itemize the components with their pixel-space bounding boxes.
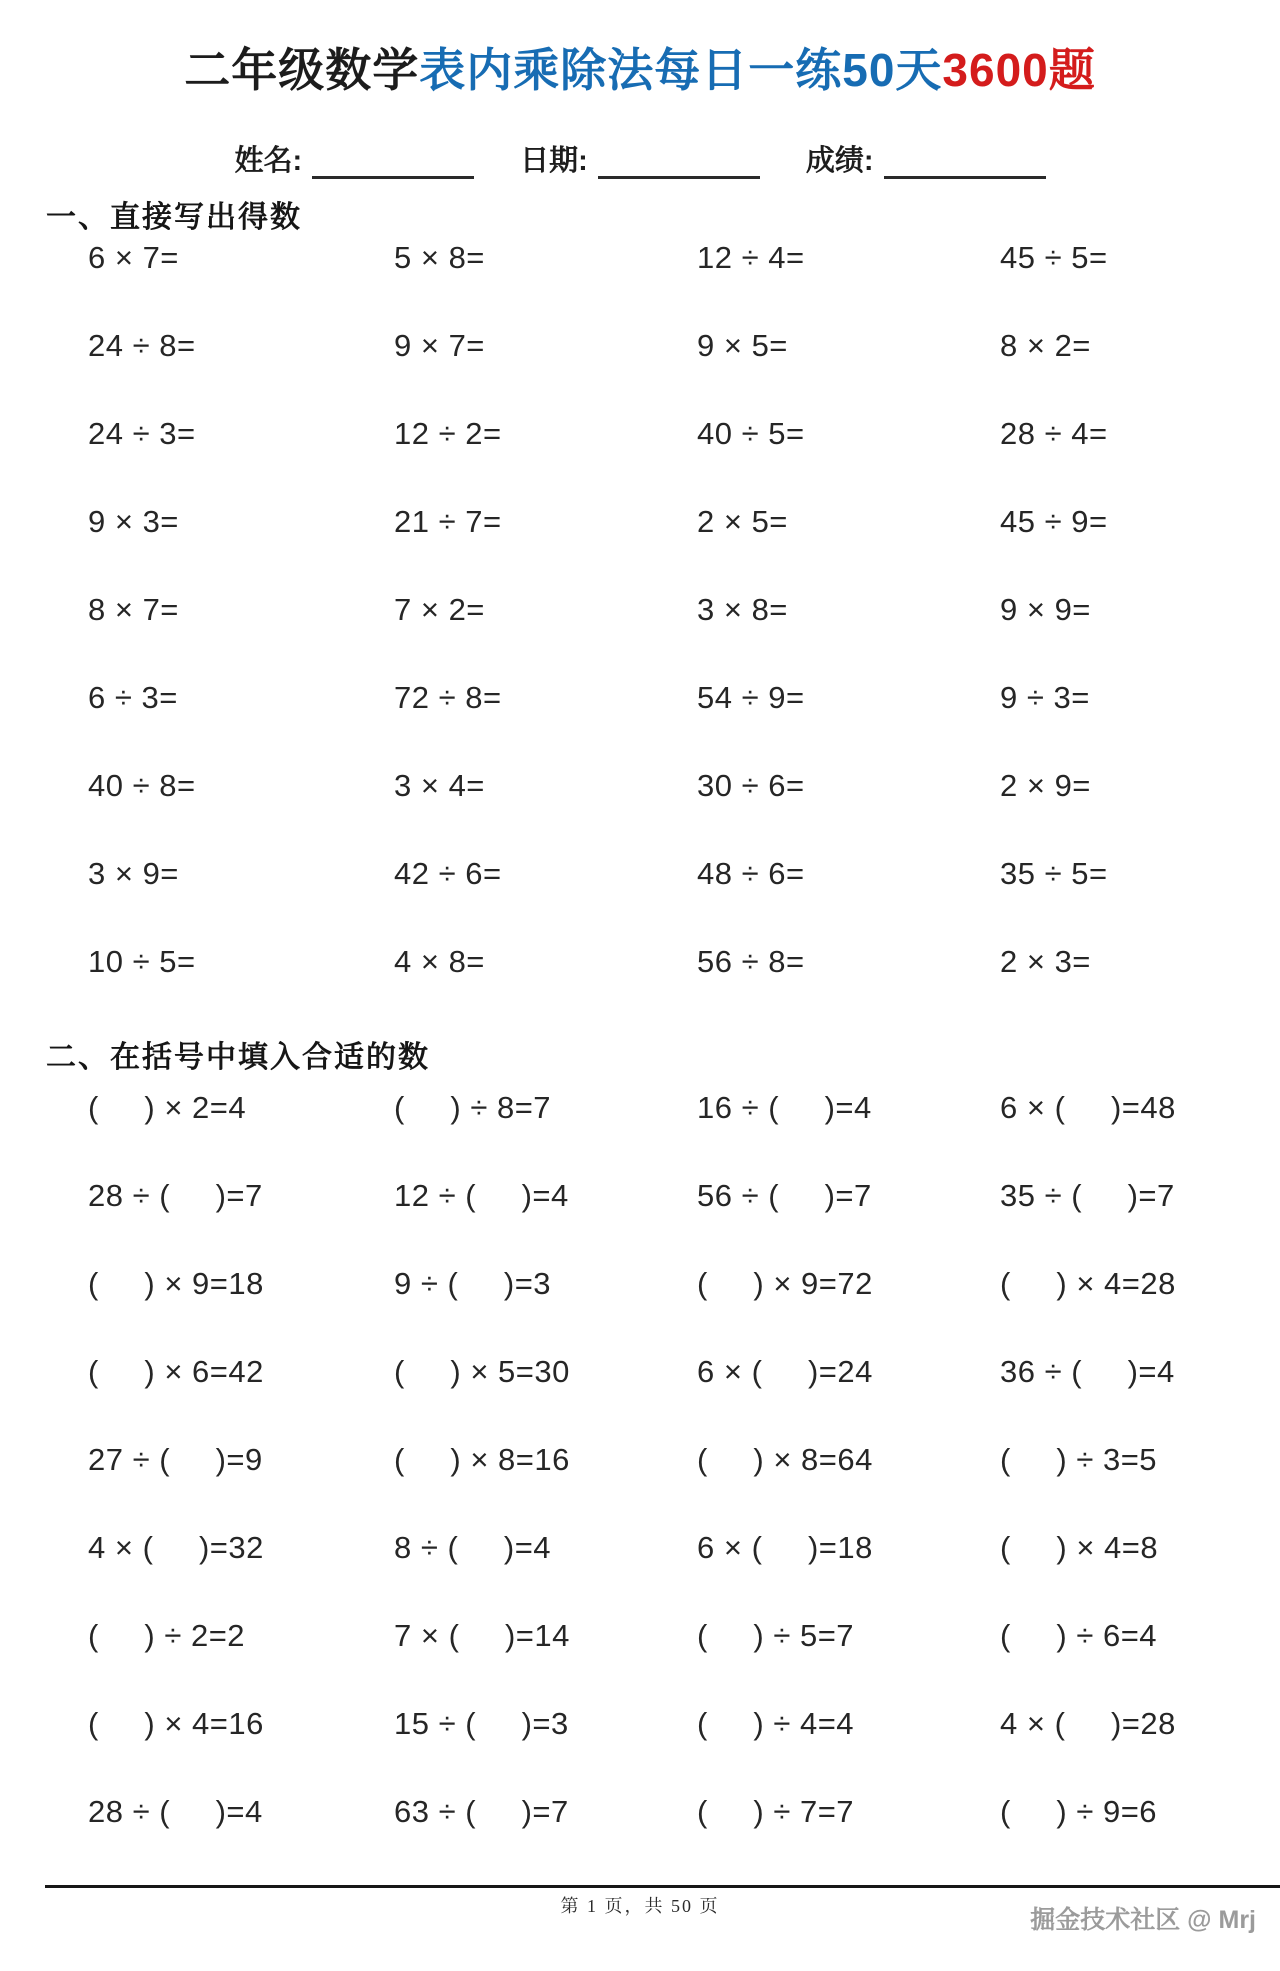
problem-cell: 54 ÷ 9= — [697, 680, 1000, 716]
title-topic-part: 表内乘除法每日一练50天 — [419, 44, 942, 96]
problem-cell: 12 ÷ 2= — [394, 416, 697, 452]
problem-cell: 27 ÷ ( )=9 — [88, 1442, 394, 1478]
problem-cell: 8 ÷ ( )=4 — [394, 1530, 697, 1566]
score-blank — [884, 142, 1046, 179]
problem-cell: 16 ÷ ( )=4 — [697, 1090, 1000, 1126]
watermark: 掘金技术社区 @ Mrj — [1030, 1900, 1256, 1936]
problem-cell: ( ) × 8=64 — [697, 1442, 1000, 1478]
problem-cell: ( ) × 8=16 — [394, 1442, 697, 1478]
problem-cell: 8 × 2= — [1000, 328, 1266, 364]
problem-cell: 2 × 9= — [1000, 768, 1266, 804]
problem-cell: 6 × 7= — [88, 240, 394, 276]
problem-cell: 45 ÷ 5= — [1000, 240, 1266, 276]
problem-cell: ( ) × 2=4 — [88, 1090, 394, 1126]
score-label: 成绩: — [806, 138, 874, 179]
name-blank — [312, 142, 474, 179]
problem-cell: 36 ÷ ( )=4 — [1000, 1354, 1266, 1390]
problem-cell: 6 × ( )=24 — [697, 1354, 1000, 1390]
problem-cell: 4 × ( )=32 — [88, 1530, 394, 1566]
problem-cell: 21 ÷ 7= — [394, 504, 697, 540]
problem-cell: 10 ÷ 5= — [88, 944, 394, 980]
problem-cell: 3 × 4= — [394, 768, 697, 804]
problem-cell: 45 ÷ 9= — [1000, 504, 1266, 540]
problem-cell: 9 × 3= — [88, 504, 394, 540]
problem-cell: 30 ÷ 6= — [697, 768, 1000, 804]
problem-cell: 56 ÷ ( )=7 — [697, 1178, 1000, 1214]
problem-cell: 40 ÷ 8= — [88, 768, 394, 804]
problem-cell: ( ) ÷ 6=4 — [1000, 1618, 1266, 1654]
problem-cell: 56 ÷ 8= — [697, 944, 1000, 980]
problem-cell: 15 ÷ ( )=3 — [394, 1706, 697, 1742]
problem-cell: 9 × 7= — [394, 328, 697, 364]
problem-cell: ( ) × 4=8 — [1000, 1530, 1266, 1566]
problem-cell: ( ) ÷ 9=6 — [1000, 1794, 1266, 1830]
date-blank — [598, 142, 760, 179]
problem-cell: ( ) × 5=30 — [394, 1354, 697, 1390]
footer-divider — [45, 1885, 1280, 1888]
title-count-part: 3600题 — [942, 44, 1095, 96]
name-label: 姓名: — [234, 138, 302, 179]
problem-cell: 3 × 8= — [697, 592, 1000, 628]
problem-cell: 35 ÷ ( )=7 — [1000, 1178, 1266, 1214]
problem-cell: 28 ÷ 4= — [1000, 416, 1266, 452]
problem-cell: 48 ÷ 6= — [697, 856, 1000, 892]
problem-cell: 6 ÷ 3= — [88, 680, 394, 716]
problem-cell: ( ) × 6=42 — [88, 1354, 394, 1390]
problem-cell: 4 × 8= — [394, 944, 697, 980]
problem-cell: 6 × ( )=18 — [697, 1530, 1000, 1566]
problem-cell: 9 × 5= — [697, 328, 1000, 364]
problem-cell: 24 ÷ 8= — [88, 328, 394, 364]
problem-cell: 35 ÷ 5= — [1000, 856, 1266, 892]
problem-cell: 42 ÷ 6= — [394, 856, 697, 892]
problem-cell: 3 × 9= — [88, 856, 394, 892]
problem-cell: 5 × 8= — [394, 240, 697, 276]
problem-cell: ( ) × 9=72 — [697, 1266, 1000, 1302]
problem-cell: ( ) × 4=16 — [88, 1706, 394, 1742]
problem-cell: 9 ÷ 3= — [1000, 680, 1266, 716]
title-grade-part: 二年级数学 — [184, 44, 419, 96]
problem-cell: 9 ÷ ( )=3 — [394, 1266, 697, 1302]
problem-cell: ( ) ÷ 7=7 — [697, 1794, 1000, 1830]
problem-cell: 24 ÷ 3= — [88, 416, 394, 452]
info-row: 姓名: 日期: 成绩: — [0, 138, 1280, 179]
problem-cell: 7 × ( )=14 — [394, 1618, 697, 1654]
problem-cell: 63 ÷ ( )=7 — [394, 1794, 697, 1830]
problem-cell: ( ) ÷ 4=4 — [697, 1706, 1000, 1742]
section-2-problems: ( ) × 2=4 ( ) ÷ 8=7 16 ÷ ( )=4 6 × ( )=4… — [88, 1064, 1266, 1856]
problem-cell: 4 × ( )=28 — [1000, 1706, 1266, 1742]
problem-cell: 72 ÷ 8= — [394, 680, 697, 716]
problem-cell: 2 × 3= — [1000, 944, 1266, 980]
problem-cell: 6 × ( )=48 — [1000, 1090, 1266, 1126]
problem-cell: 8 × 7= — [88, 592, 394, 628]
problem-cell: 28 ÷ ( )=4 — [88, 1794, 394, 1830]
problem-cell: ( ) ÷ 8=7 — [394, 1090, 697, 1126]
problem-cell: 12 ÷ ( )=4 — [394, 1178, 697, 1214]
problem-cell: 40 ÷ 5= — [697, 416, 1000, 452]
problem-cell: ( ) × 4=28 — [1000, 1266, 1266, 1302]
problem-cell: 28 ÷ ( )=7 — [88, 1178, 394, 1214]
worksheet-page: 二年级数学表内乘除法每日一练50天3600题 姓名: 日期: 成绩: 一、直接写… — [0, 0, 1280, 1971]
problem-cell: ( ) ÷ 5=7 — [697, 1618, 1000, 1654]
problem-cell: 9 × 9= — [1000, 592, 1266, 628]
problem-cell: 2 × 5= — [697, 504, 1000, 540]
date-label: 日期: — [520, 138, 588, 179]
problem-cell: 12 ÷ 4= — [697, 240, 1000, 276]
problem-cell: ( ) ÷ 2=2 — [88, 1618, 394, 1654]
worksheet-title: 二年级数学表内乘除法每日一练50天3600题 — [0, 34, 1280, 100]
section-1-problems: 6 × 7= 5 × 8= 12 ÷ 4= 45 ÷ 5= 24 ÷ 8= 9 … — [88, 214, 1266, 1006]
problem-cell: 7 × 2= — [394, 592, 697, 628]
problem-cell: ( ) × 9=18 — [88, 1266, 394, 1302]
problem-cell: ( ) ÷ 3=5 — [1000, 1442, 1266, 1478]
